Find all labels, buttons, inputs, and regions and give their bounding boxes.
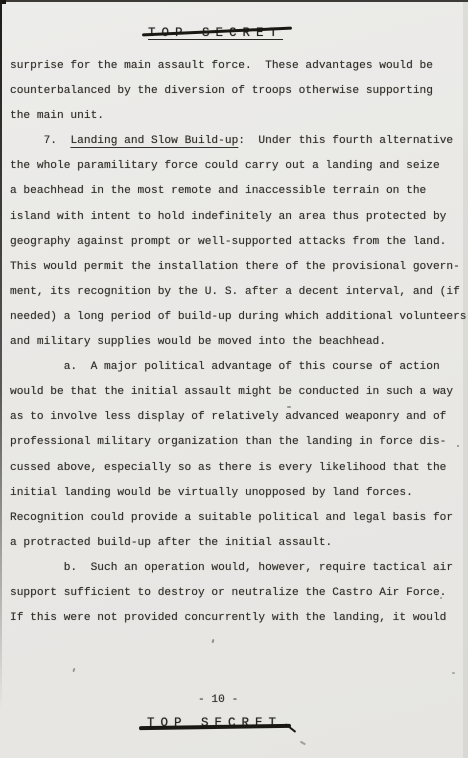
text-line: This would permit the installation there… xyxy=(10,255,467,280)
scan-edge-left xyxy=(0,0,2,710)
noise-speck xyxy=(72,668,75,672)
page-number: - 10 - xyxy=(198,694,238,706)
text-line: professional military organization than … xyxy=(10,430,467,455)
text-line: surprise for the main assault force. The… xyxy=(10,54,467,79)
text-line: the whole paramilitary force could carry… xyxy=(10,154,467,179)
text-line: needed) a long period of build-up during… xyxy=(10,305,467,330)
text-line: ment, its recognition by the U. S. after… xyxy=(10,280,467,305)
text-line: 7. Landing and Slow Build-up: Under this… xyxy=(10,129,467,154)
text-line: as to involve less display of relatively… xyxy=(10,405,467,430)
text-line: support sufficient to destroy or neutral… xyxy=(10,581,467,606)
text-segment: : Under this fourth alternative xyxy=(238,135,453,147)
text-segment: 7. xyxy=(10,135,70,147)
text-line: initial landing would be virtually unopp… xyxy=(10,481,467,506)
text-line: a protracted build-up after the initial … xyxy=(10,531,467,556)
text-line: cussed above, especially so as there is … xyxy=(10,456,467,481)
noise-speck xyxy=(300,741,306,745)
noise-speck xyxy=(440,597,442,599)
text-line: would be that the initial assault might … xyxy=(10,380,467,405)
noise-speck xyxy=(287,406,291,408)
noise-speck xyxy=(452,672,455,674)
scan-edge-top xyxy=(0,0,468,2)
text-line: geography against prompt or well-support… xyxy=(10,230,467,255)
noise-speck xyxy=(421,413,423,415)
text-line: island with intent to hold indefinitely … xyxy=(10,205,467,230)
text-body: surprise for the main assault force. The… xyxy=(10,54,467,631)
text-line: If this were not provided concurrently w… xyxy=(10,606,467,631)
section-heading-title: Landing and Slow Build-up xyxy=(70,135,238,147)
noise-speck xyxy=(457,445,459,447)
text-line: the main unit. xyxy=(10,104,467,129)
text-line: and military supplies would be moved int… xyxy=(10,330,467,355)
text-line: a. A major political advantage of this c… xyxy=(10,355,467,380)
text-line: a beachhead in the most remote and inacc… xyxy=(10,179,467,204)
text-line: Recognition could provide a suitable pol… xyxy=(10,506,467,531)
noise-speck xyxy=(212,639,214,643)
text-line: b. Such an operation would, however, req… xyxy=(10,556,467,581)
scanned-page: TOP SECRET surprise for the main assault… xyxy=(0,0,468,758)
text-line: counterbalanced by the diversion of troo… xyxy=(10,79,467,104)
